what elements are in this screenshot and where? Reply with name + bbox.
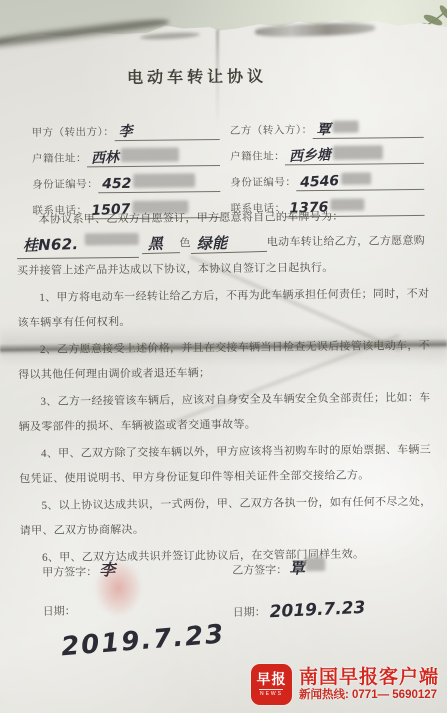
address-b-handwritten: 西乡塘 — [285, 148, 334, 165]
censor-blur — [333, 145, 383, 160]
censor-blur — [121, 147, 179, 162]
party-a-signature-area: 甲方签字：李 — [42, 556, 232, 581]
logo-text: 早报 — [256, 672, 286, 687]
logo-subtext: NEWS — [260, 691, 283, 697]
clause-5: 5、以上协议达成共识，一式两份，甲、乙双方各执一份，如有任何不尽之处，请甲、乙双… — [19, 490, 434, 544]
plate-number-handwritten: 桂N62. — [17, 237, 85, 255]
id-a-handwritten: 452 — [98, 177, 133, 192]
field-row-id: 身份证编号： 452 身份证编号： 4546 — [32, 164, 424, 194]
party-a-date-area: 日期： 2019.7.23 — [43, 601, 234, 657]
id-b-label: 身份证编号： — [230, 174, 296, 192]
censor-blur — [84, 233, 138, 246]
censor-blur — [332, 121, 358, 133]
watermark-brand-text: 南国早报客户端 — [299, 667, 439, 688]
clause-2: 2、乙方愿意接受上述价格，并且在交接车辆当日检查无误后接管该电动车，不得以其他任… — [18, 334, 433, 388]
date-b-label: 日期： — [233, 607, 266, 619]
document-title: 电动车转让协议 — [0, 62, 397, 89]
id-a-label: 身份证编号： — [32, 176, 98, 194]
party-b-sign-label: 乙方签字： — [232, 564, 287, 577]
field-row-address: 户籍住址： 西林 户籍住址： 西乡塘 — [32, 138, 424, 168]
address-a-label: 户籍住址： — [32, 150, 87, 168]
news-watermark: 早报 NEWS 南国早报客户端 新闻热线: 0771— 5690127 — [251, 664, 439, 705]
document-content: 电动车转让协议 甲方（转出方）： 李 乙方（转入方）： 覃 户籍住址： 西林 — [0, 0, 447, 713]
id-b-handwritten: 4546 — [296, 174, 342, 191]
date-b-handwritten: 2019.7.23 — [269, 598, 366, 622]
address-b-label: 户籍住址： — [230, 148, 285, 166]
vehicle-brand-handwritten: 绿能 — [191, 235, 267, 254]
signature-block: 甲方签字：李 乙方签字：覃 日期： 2019.7.23 日期：2019.7.23 — [42, 554, 423, 657]
party-a-sign-label: 甲方签字： — [42, 566, 97, 579]
vehicle-color-handwritten: 黑 — [141, 236, 179, 254]
censor-blur — [341, 172, 371, 184]
intro-paragraph: 本协议系甲、乙双方自愿签订，甲方愿意将自己的车牌号为：桂N62. 黑色绿能电动车… — [16, 204, 431, 284]
address-a-handwritten: 西林 — [87, 150, 122, 167]
party-a-name-handwritten: 李 — [114, 124, 135, 140]
photographed-document: 电动车转让协议 甲方（转出方）： 李 乙方（转入方）： 覃 户籍住址： 西林 — [0, 0, 447, 713]
watermark-hotline: 新闻热线: 0771— 5690127 — [299, 688, 439, 703]
clause-1: 1、甲方将电动车一经转让给乙方后，不再为此车辆承担任何责任；同时，不对该车辆享有… — [17, 282, 432, 336]
party-b-name-handwritten: 覃 — [312, 123, 332, 138]
date-a-label: 日期： — [43, 606, 76, 618]
date-a-handwritten: 2019.7.23 — [60, 619, 226, 662]
party-b-date-area: 日期：2019.7.23 — [233, 599, 424, 655]
zaobao-logo-icon: 早报 NEWS — [251, 664, 292, 705]
intro-line1: 本协议系甲、乙双方自愿签订，甲方愿意将自己的车牌号为： — [38, 211, 343, 226]
logo-divider — [259, 689, 283, 690]
color-word: 色 — [179, 237, 190, 249]
party-a-label: 甲方（转出方）： — [32, 124, 115, 142]
party-b-label: 乙方（转入方）： — [230, 122, 313, 140]
field-row-parties: 甲方（转出方）： 李 乙方（转入方）： 覃 — [31, 112, 423, 142]
agreement-body: 本协议系甲、乙双方自愿签订，甲方愿意将自己的车牌号为：桂N62. 黑色绿能电动车… — [16, 204, 434, 573]
clause-3: 3、乙方一经接管该车辆后，应该对自身安全及车辆安全负全部责任；比如：车辆及零部件… — [18, 386, 433, 440]
clause-4: 4、甲、乙双方除了交接车辆以外，甲方应该将当初购车时的原始票据、车辆三包凭证、使… — [19, 438, 434, 492]
party-b-signature-handwritten: 覃 — [289, 558, 305, 577]
censor-blur — [305, 557, 325, 571]
party-b-signature-area: 乙方签字：覃 — [232, 554, 422, 579]
censor-blur — [133, 173, 195, 188]
